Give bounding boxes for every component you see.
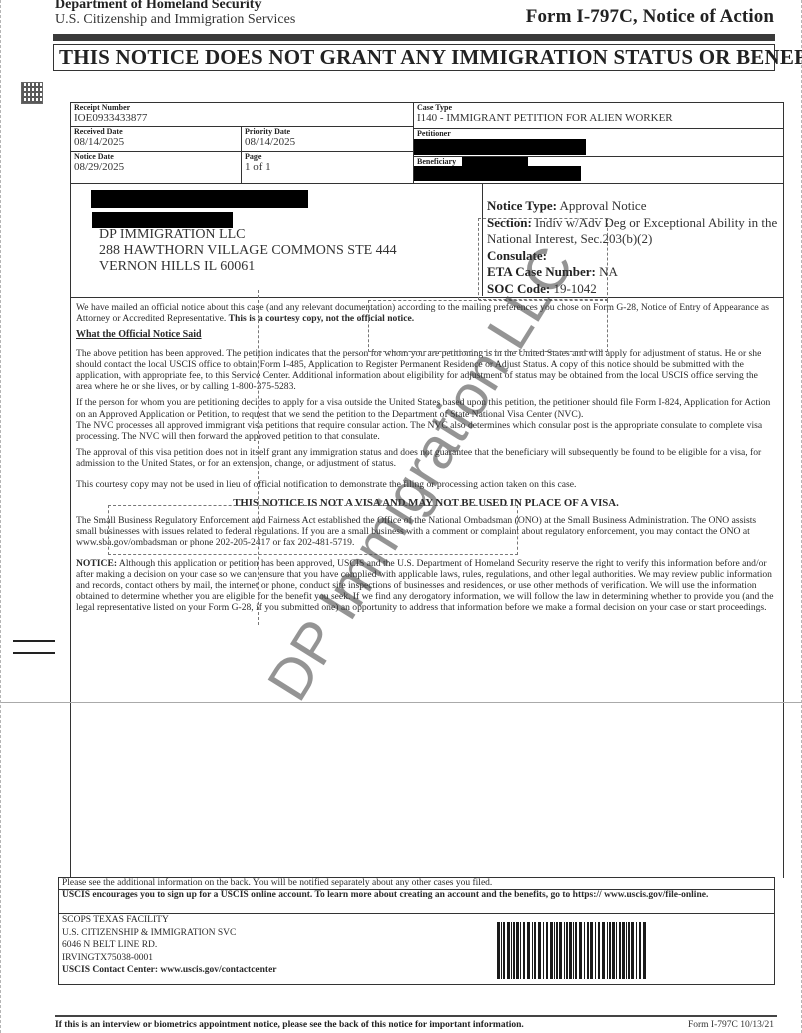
notice-type-label: Notice Type: — [487, 198, 557, 213]
paragraph-5: This courtesy copy may not be used in li… — [76, 479, 776, 490]
office-line-4: IRVINGTX75038-0001 — [62, 952, 277, 965]
recipient-line-redaction — [92, 212, 233, 228]
qr-code-icon — [21, 82, 43, 104]
case-type-cell: Case Type I140 - IMMIGRANT PETITION FOR … — [414, 103, 783, 129]
online-account-note: USCIS encourages you to sign up for a US… — [59, 890, 774, 914]
bottom-note: If this is an interview or biometrics ap… — [55, 1020, 524, 1030]
notice-date-label: Notice Date — [74, 152, 241, 161]
case-type-value: I140 - IMMIGRANT PETITION FOR ALIEN WORK… — [417, 112, 783, 124]
footer-box: Please see the additional information on… — [58, 877, 775, 985]
paragraph-3: The NVC processes all approved immigrant… — [76, 420, 776, 442]
eta-row: ETA Case Number: NA — [487, 264, 782, 281]
notice-body-text: We have mailed an official notice about … — [76, 302, 776, 619]
agency-header: Department of Homeland Security U.S. Cit… — [55, 0, 295, 27]
receipt-number-label: Receipt Number — [74, 103, 413, 112]
notice-date-cell: Notice Date 08/29/2025 — [71, 152, 242, 183]
office-address: SCOPS TEXAS FACILITY U.S. CITIZENSHIP & … — [62, 914, 277, 977]
agency-name: U.S. Citizenship and Immigration Service… — [55, 12, 295, 27]
paragraph-2: If the person for whom you are petitioni… — [76, 397, 776, 419]
petitioner-cell: Petitioner — [414, 129, 783, 157]
section-heading: What the Official Notice Said — [76, 329, 776, 340]
paragraph-4: The approval of this visa petition does … — [76, 447, 776, 469]
notice-type-row: Notice Type: Approval Notice — [487, 198, 782, 215]
petitioner-redaction — [414, 139, 586, 155]
page-cell: Page 1 of 1 — [242, 152, 414, 183]
fold-mark-2 — [13, 652, 55, 654]
eta-value: NA — [599, 264, 618, 279]
form-title: Form I-797C, Notice of Action — [526, 6, 774, 28]
office-line-3: 6046 N BELT LINE RD. — [62, 939, 277, 952]
office-line-1: SCOPS TEXAS FACILITY — [62, 914, 277, 927]
received-date-label: Received Date — [74, 127, 241, 136]
form-version: Form I-797C 10/13/21 — [688, 1020, 774, 1030]
priority-date-value: 08/14/2025 — [245, 136, 413, 148]
consulate-row: Consulate: — [487, 248, 782, 265]
page-label: Page — [245, 152, 413, 161]
courtesy-copy-note: This is a courtesy copy, not the officia… — [229, 313, 414, 324]
fold-mark-1 — [13, 640, 55, 642]
soc-label: SOC Code: — [487, 281, 550, 296]
notice-details: Notice Type: Approval Notice Section: In… — [482, 184, 782, 296]
intro-paragraph: We have mailed an official notice about … — [76, 302, 776, 324]
status-banner: THIS NOTICE DOES NOT GRANT ANY IMMIGRATI… — [53, 44, 775, 71]
notice-label: NOTICE: — [76, 558, 117, 569]
receipt-number-cell: Receipt Number IOE0933433877 — [71, 103, 414, 127]
header-rule — [53, 34, 775, 41]
case-type-label: Case Type — [417, 103, 783, 112]
verification-notice: NOTICE: Although this application or pet… — [76, 558, 776, 614]
notice-date-value: 08/29/2025 — [74, 161, 241, 173]
received-date-cell: Received Date 08/14/2025 — [71, 127, 242, 152]
beneficiary-redaction-2 — [414, 166, 581, 181]
notice-type-value: Approval Notice — [559, 198, 646, 213]
priority-date-cell: Priority Date 08/14/2025 — [242, 127, 414, 152]
recipient-name-redaction — [91, 190, 308, 208]
paragraph-1: The above petition has been approved. Th… — [76, 348, 776, 393]
address-line-3: VERNON HILLS IL 60061 — [99, 259, 397, 275]
section-divider — [1, 702, 802, 703]
section-row: Section: Indiv w/Adv Deg or Exceptional … — [487, 215, 782, 248]
address-line-1: DP IMMIGRATION LLC — [99, 227, 397, 243]
address-box: DP IMMIGRATION LLC 288 HAWTHORN VILLAGE … — [70, 184, 784, 298]
soc-row: SOC Code: 19-1042 — [487, 281, 782, 298]
receipt-number-value: IOE0933433877 — [74, 112, 413, 124]
beneficiary-cell: Beneficiary — [414, 157, 783, 183]
eta-label: ETA Case Number: — [487, 264, 596, 279]
beneficiary-redaction-1 — [462, 157, 528, 166]
not-a-visa-notice: THIS NOTICE IS NOT A VISA AND MAY NOT BE… — [76, 498, 776, 509]
intro-text: We have mailed an official notice about … — [76, 302, 769, 324]
additional-info: Please see the additional information on… — [59, 878, 774, 890]
address-line-2: 288 HAWTHORN VILLAGE COMMONS STE 444 — [99, 243, 397, 259]
page-value: 1 of 1 — [245, 161, 413, 173]
section-label: Section: — [487, 215, 532, 230]
priority-date-label: Priority Date — [245, 127, 413, 136]
notice-body: We have mailed an official notice about … — [70, 298, 784, 878]
notice-text: Although this application or petition ha… — [76, 558, 773, 614]
soc-value: 19-1042 — [553, 281, 596, 296]
department-name: Department of Homeland Security — [55, 0, 295, 12]
consulate-label: Consulate: — [487, 248, 547, 263]
contact-center-link[interactable]: USCIS Contact Center: www.uscis.gov/cont… — [62, 964, 277, 977]
office-line-2: U.S. CITIZENSHIP & IMMIGRATION SVC — [62, 927, 277, 940]
case-info-grid: Receipt Number IOE0933433877 Case Type I… — [70, 102, 784, 184]
paragraph-6: The Small Business Regulatory Enforcemen… — [76, 515, 776, 549]
bottom-rule — [55, 1015, 777, 1017]
received-date-value: 08/14/2025 — [74, 136, 241, 148]
petitioner-label: Petitioner — [417, 129, 783, 138]
barcode-icon — [497, 922, 647, 979]
mailing-address: DP IMMIGRATION LLC 288 HAWTHORN VILLAGE … — [99, 227, 397, 275]
